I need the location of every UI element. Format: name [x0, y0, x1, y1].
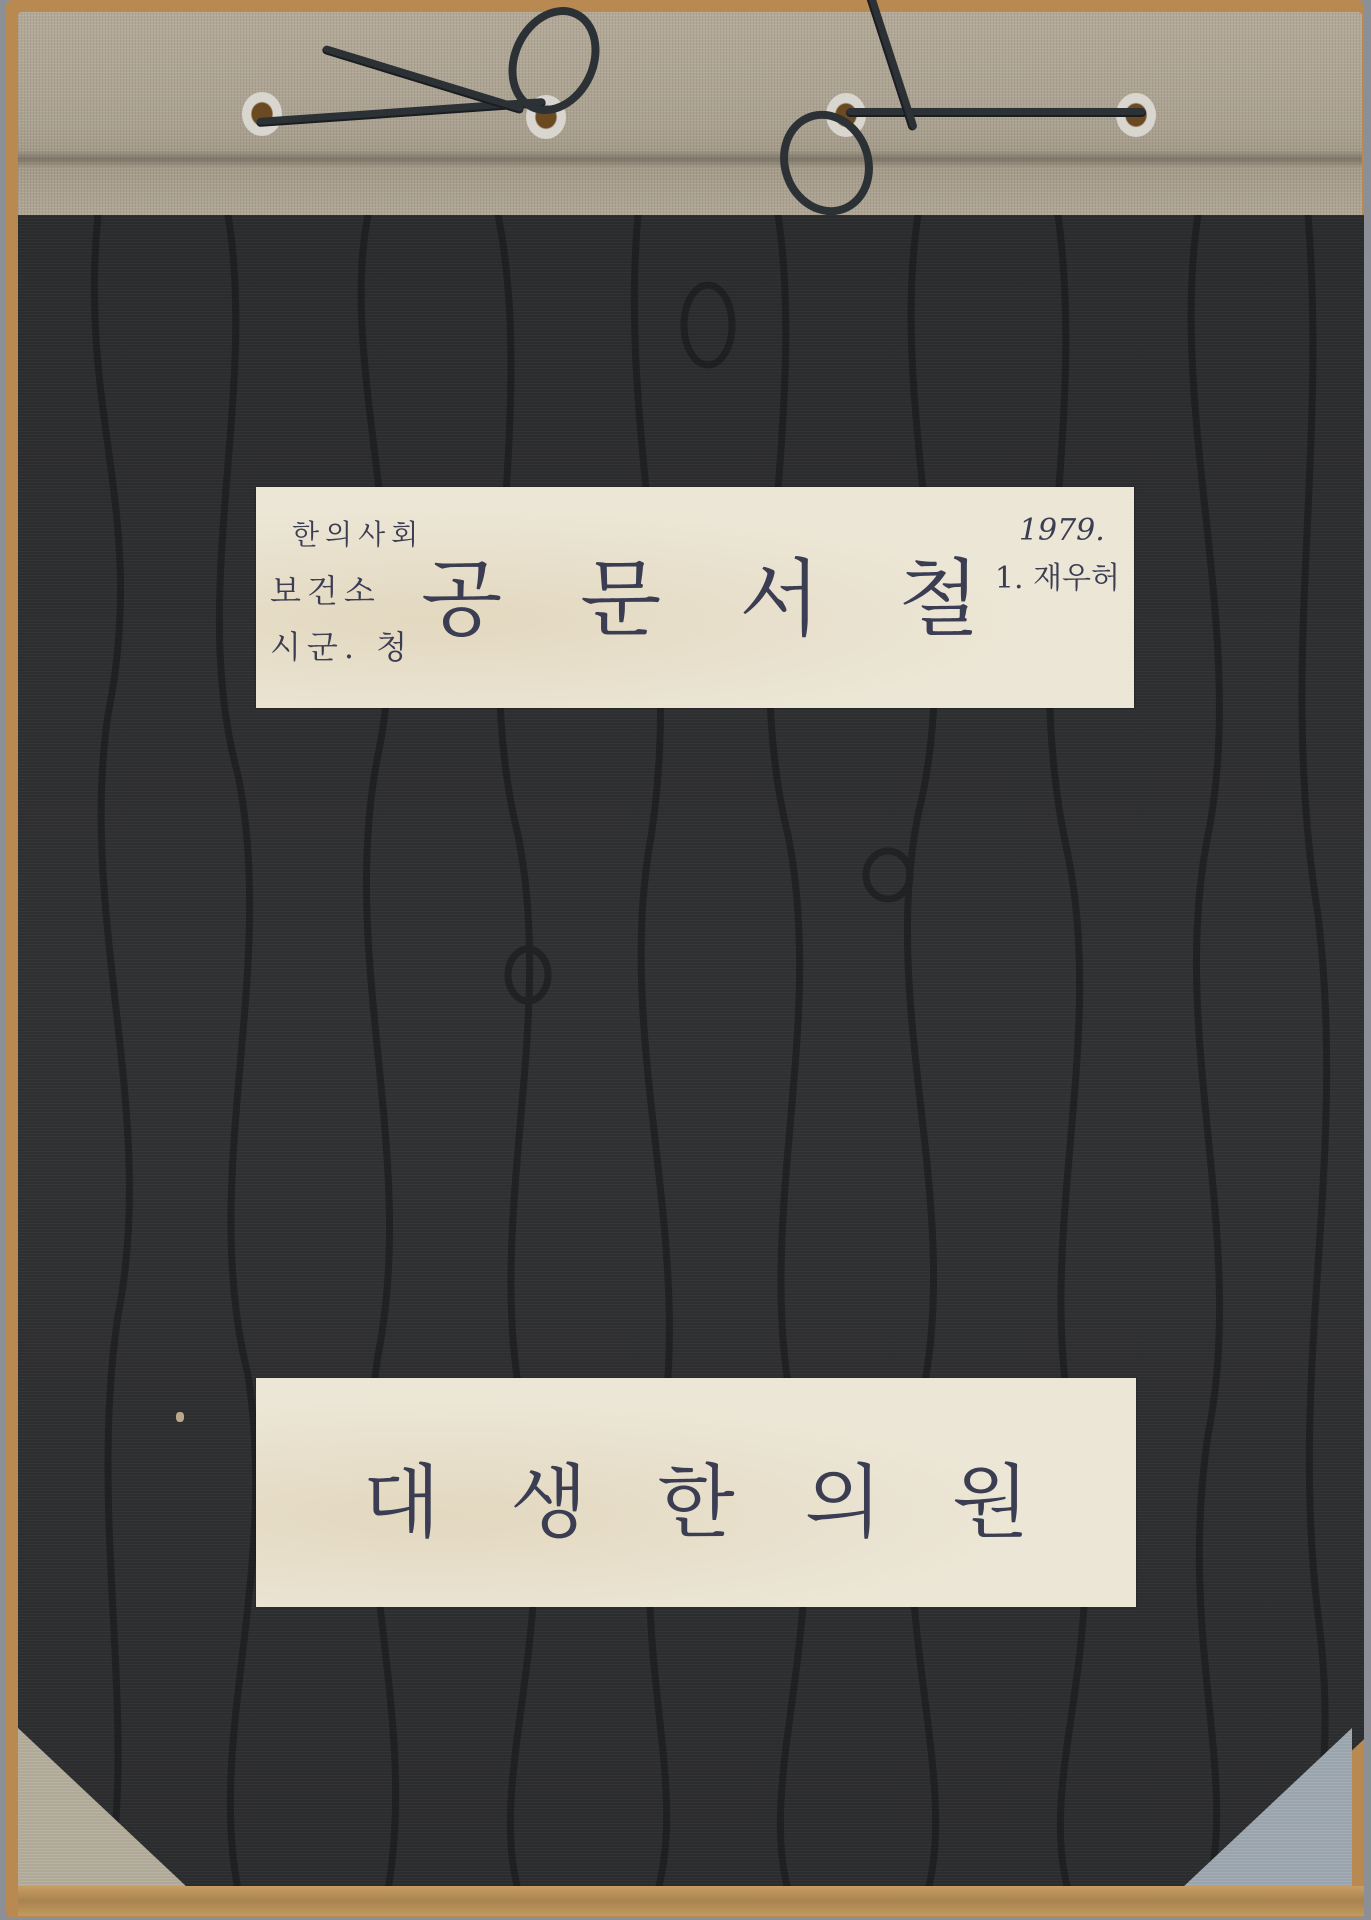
- moire-board: [18, 215, 1364, 1890]
- org-line-association: 한의사회: [270, 507, 424, 563]
- clinic-name: 대생한의원: [256, 1438, 1136, 1553]
- org-line-health-center: 보건소: [270, 563, 424, 619]
- organization-list: 한의사회 보건소 시군. 청: [270, 507, 424, 675]
- org-line-city-county-office: 시군. 청: [270, 619, 424, 675]
- cover-title-label: 한의사회 보건소 시군. 청 공문서철 1979. 1. 재우허: [256, 487, 1134, 708]
- owner-label: 대생한의원: [256, 1378, 1136, 1607]
- bottom-page-edge: [18, 1886, 1364, 1916]
- binder-cover: 한의사회 보건소 시군. 청 공문서철 1979. 1. 재우허 대생한의원: [6, 0, 1364, 1918]
- file-title: 공문서철: [421, 532, 1071, 653]
- binding-cloth-strip: [18, 12, 1362, 220]
- date-note: 1. 재우허: [995, 555, 1120, 603]
- board-blemish: [176, 1412, 184, 1422]
- binding-cord-right[interactable]: [846, 108, 1146, 117]
- grommet-1-icon: [242, 92, 282, 136]
- binding-fold-line: [18, 150, 1362, 168]
- moire-pattern-icon: [18, 215, 1364, 1890]
- date-block: 1979. 1. 재우허: [995, 507, 1120, 603]
- file-year: 1979.: [995, 507, 1120, 555]
